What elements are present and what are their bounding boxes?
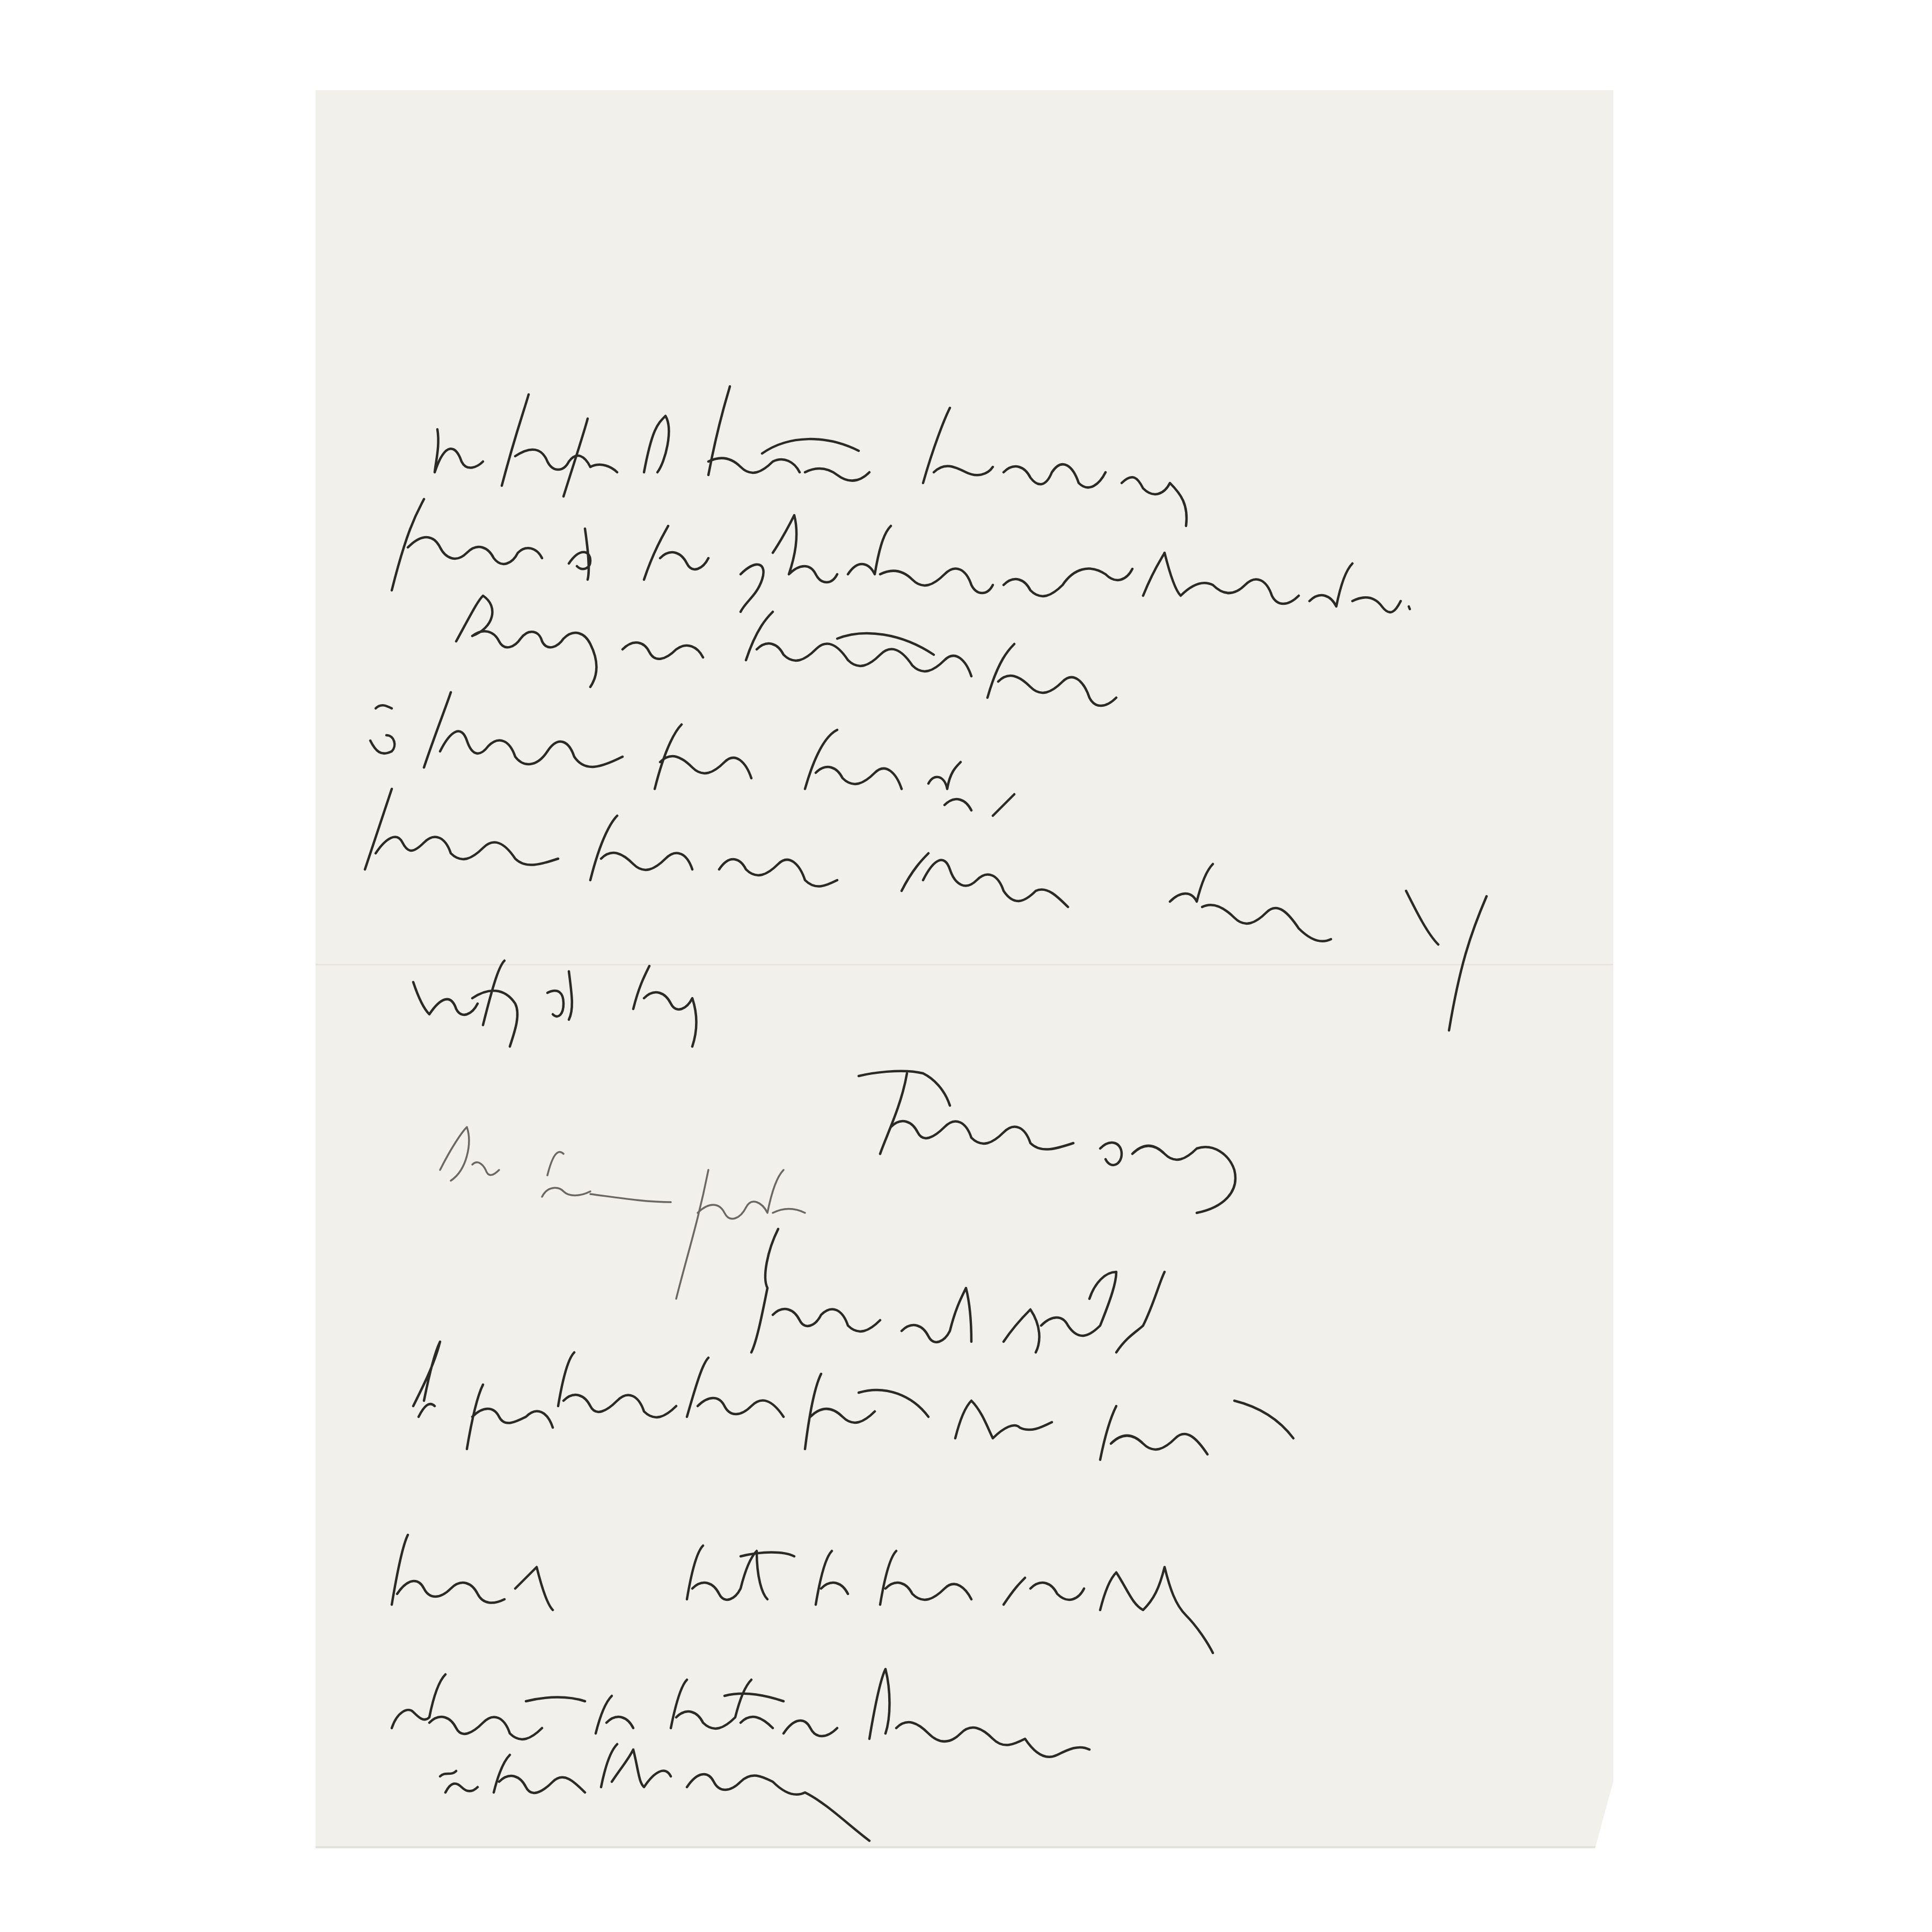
ps-line-4-strokes xyxy=(440,1744,869,1841)
votre-cher-petit-strokes xyxy=(440,1127,805,1299)
closing-strokes xyxy=(859,1071,1235,1213)
ps-line-1-strokes xyxy=(413,1342,1293,1460)
line-1-strokes xyxy=(435,386,1187,526)
handwriting-ink xyxy=(0,0,1932,1932)
signature-strokes xyxy=(751,1229,1165,1352)
line-3-strokes xyxy=(456,596,1116,706)
ps-line-3-strokes xyxy=(392,1669,1089,1757)
line-4-strokes xyxy=(370,692,1014,816)
line-5-strokes xyxy=(365,789,1487,1030)
ps-line-2-strokes xyxy=(392,1535,1213,1653)
line-2-strokes xyxy=(392,499,1410,612)
line-6-strokes xyxy=(413,961,697,1046)
